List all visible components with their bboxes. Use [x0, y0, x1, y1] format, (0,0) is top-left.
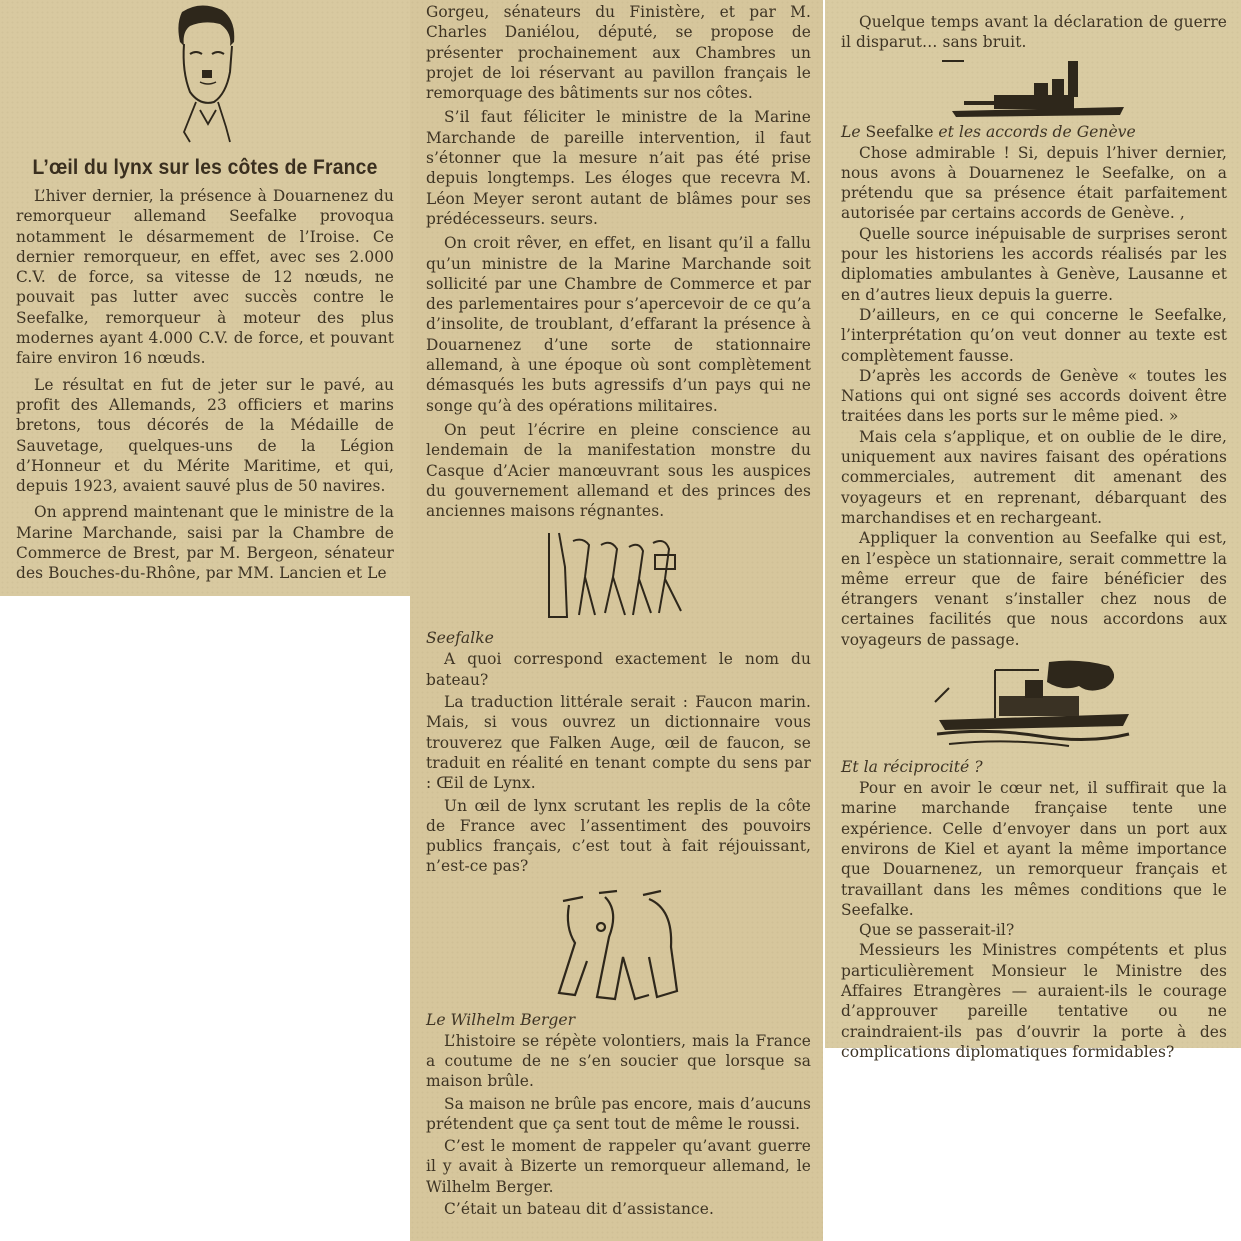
column-3: Quelque temps avant la déclaration de gu… [825, 0, 1241, 1048]
column-1-body: L’hiver dernier, la présence à Douarnene… [16, 186, 394, 584]
paragraph: Quelle source inépuisable de surprises s… [841, 224, 1227, 305]
paragraph: A quoi correspond exactement le nom du b… [426, 649, 811, 690]
subhead-suffix: et les accords de Genève [933, 123, 1135, 141]
paragraph: S’il faut féliciter le ministre de la Ma… [426, 107, 811, 229]
paragraph: Pour en avoir le cœur net, il suffirait … [841, 778, 1227, 920]
paragraph: On croit rêver, en effet, en lisant qu’i… [426, 233, 811, 416]
paragraph: La traduction littérale serait : Faucon … [426, 692, 811, 793]
column-3-body-c: Pour en avoir le cœur net, il suffirait … [841, 778, 1227, 1062]
paragraph: D’ailleurs, en ce qui concerne le Seefal… [841, 305, 1227, 366]
paragraph: Messieurs les Ministres compétents et pl… [841, 940, 1227, 1062]
paragraph: Le résultat en fut de jeter sur le pavé,… [16, 375, 394, 497]
paragraph: Sa maison ne brûle pas encore, mais d’au… [426, 1094, 811, 1135]
paragraph: C’était un bateau dit d’assistance. [426, 1199, 811, 1219]
paragraph: Un œil de lynx scrutant les replis de la… [426, 796, 811, 877]
paragraph: Mais cela s’applique, et on oublie de le… [841, 427, 1227, 528]
column-1: L’œil du lynx sur les côtes de France L’… [0, 0, 410, 596]
paragraph: Appliquer la convention au Seefalke qui … [841, 528, 1227, 650]
subhead-seefalke-geneve: Le Seefalke et les accords de Genève [841, 121, 1227, 143]
subhead-seefalke: Seefalke [426, 627, 811, 649]
subhead-ship-name: Seefalke [866, 123, 934, 141]
battleship-silhouette-illustration [934, 59, 1134, 119]
column-3-body-a: Quelque temps avant la déclaration de gu… [841, 0, 1227, 53]
paragraph: L’hiver dernier, la présence à Douarnene… [16, 186, 394, 369]
paragraph: On apprend maintenant que le ministre de… [16, 502, 394, 583]
paragraph: Gorgeu, sénateurs du Finistère, et par M… [426, 2, 811, 103]
subhead-wilhelm-berger: Le Wilhelm Berger [426, 1009, 811, 1031]
column-3-body-b: Chose admirable ! Si, depuis l’hiver der… [841, 143, 1227, 650]
column-2-body-b: A quoi correspond exactement le nom du b… [426, 649, 811, 876]
steamship-illustration [929, 658, 1139, 754]
paragraph: D’après les accords de Genève « toutes l… [841, 366, 1227, 427]
paragraph: On peut l’écrire en pleine conscience au… [426, 420, 811, 521]
three-sailors-illustration [549, 887, 689, 1007]
column-2-body-c: L’histoire se répète volontiers, mais la… [426, 1031, 811, 1220]
paragraph: Quelque temps avant la déclaration de gu… [841, 12, 1227, 53]
paragraph: Chose admirable ! Si, depuis l’hiver der… [841, 143, 1227, 224]
paragraph: Que se passerait-il? [841, 920, 1227, 940]
column-2-body-a: Gorgeu, sénateurs du Finistère, et par M… [426, 0, 811, 521]
caricature-portrait-illustration [160, 2, 250, 152]
dancing-sailors-illustration [539, 527, 699, 623]
subhead-reciprocite: Et la réciprocité ? [841, 756, 1227, 778]
paragraph: L’histoire se répète volontiers, mais la… [426, 1031, 811, 1092]
paragraph: C’est le moment de rappeler qu’avant gue… [426, 1136, 811, 1197]
article-title: L’œil du lynx sur les côtes de France [31, 156, 379, 180]
subhead-prefix: Le [841, 123, 866, 141]
column-2: Gorgeu, sénateurs du Finistère, et par M… [410, 0, 823, 1241]
